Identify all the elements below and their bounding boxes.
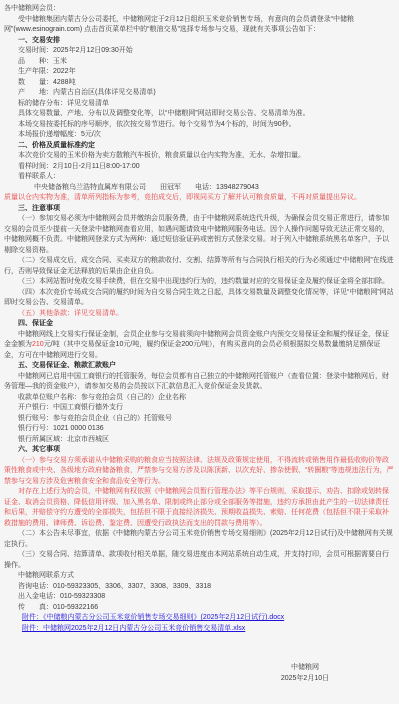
custody-account-paragraph: 中储粮网已启用中国工商银行的托管服务，每位会员都有自己独立的中储粮网托管账户（查… — [4, 372, 394, 393]
violation-penalty-red: 对存在上述行为的会员，中储粮网有权依照《中储粮网会员暂行管理办法》等平台规则，采… — [4, 487, 394, 529]
contact-phone-line: 咨询电话：010-59323305、3306、3307、3308、3309、33… — [4, 582, 394, 593]
bank-account-line: 银行账号：参与竞拍会员企业（自己的）托管账号 — [4, 414, 394, 425]
salutation: 各中储粮网会员： — [4, 4, 394, 15]
contact-title: 中储粮网联系方式 — [4, 571, 394, 582]
sample-contact-label: 看样联系人： — [4, 172, 394, 183]
section-5-heading: 五、交易保证金、粮款汇款账户 — [4, 361, 394, 372]
contact-fund-phone-line: 出入金电话：010-59323308 — [4, 592, 394, 603]
compliance-commitment-red: （一）参与交易方须承诺从中储粮采购的粮食应当按照法律、法规及政策规定使用，不得流… — [4, 456, 394, 488]
sample-contact-line: 中央储备粮乌兰浩特直属库有限公司 田冠军 电话：13948279043 — [4, 183, 394, 194]
attachment-link-rules-docx[interactable]: 附件：《中储粮内蒙古分公司玉米竞价销售专场交易细则》(2025年2月12日试行)… — [4, 613, 394, 624]
section-4-heading: 四、保证金 — [4, 319, 394, 330]
other-rules-paragraph: （二）本公告未尽事宜，依据《中储粮内蒙古分公司玉米竞价销售专场交易细则》(202… — [4, 529, 394, 550]
attachment-link-list-xlsx[interactable]: 附件：中储粮网2025年2月12日内蒙古分公司玉米竞价销售交易清单.xlsx — [4, 624, 394, 635]
deposit-paragraph: 中储粮网线上交易实行保证金制，会员企业参与交易前须向中储粮网会员资金账户内预交交… — [4, 330, 394, 362]
section-1-heading: 一、交易安排 — [4, 36, 394, 47]
signature-block: 中储粮网 2025年2月10日 — [250, 663, 360, 684]
notice-item-4: （四）本次竞价专场成交合同的履约时间为自交易合同生效之日起，具体交易数量及调整变… — [4, 288, 394, 309]
bank-region-line: 银行所属区域：北京市西城区 — [4, 435, 394, 446]
sample-time-line: 看样时间：2月10日-2月11日8:00-17:00 — [4, 162, 394, 173]
announcement-page: { "page": { "background": "#f5f5f5", "te… — [0, 0, 399, 704]
payee-account-name-line: 收款单位账户名称：参与竞拍会员（自己的）企业名称 — [4, 393, 394, 404]
notice-item-5-red: （五）其他条款：详见交易清单。 — [4, 309, 394, 320]
quantity-line: 数 量：4288吨 — [4, 78, 394, 89]
notice-item-2: （二）交易成交后，成交合同、买卖双方的粮款收付、交割、结算等所有与合同执行相关的… — [4, 256, 394, 277]
contact-fax-line: 传 真：010-59322166 — [4, 603, 394, 614]
price-standard-line: 本次竞价交易的玉米价格为卖方散粮汽车板价，粮食质量以仓内实物为准，无水、杂增扣量… — [4, 151, 394, 162]
notice-item-3: （三）本网站暂时免收交易手续费，但在交易中出现违约行为的，违约数量对应的交易保证… — [4, 277, 394, 288]
section-6-heading: 六、其它事项 — [4, 445, 394, 456]
deposit-text-after: 元/吨（其中交易保证金10元/吨，履约保证金200元/吨），有购买意向的会员必须… — [4, 341, 381, 359]
production-year-line: 生产年限：2022年 — [4, 67, 394, 78]
announcement-document: 各中储粮网会员： 受中储粮集团内蒙古分公司委托，中储粮网定于2月12日组织玉米竞… — [4, 4, 394, 684]
bank-number-line: 银行行号：1021 0000 0136 — [4, 424, 394, 435]
signature-org: 中储粮网 — [250, 663, 360, 674]
section-2-heading: 二、价格及质量标准约定 — [4, 141, 394, 152]
quality-note-red: 质量以仓内实物为准，清单所列指标为参考，竞拍成交后，即视同买方了解并认可粮食质量… — [4, 193, 394, 204]
section-3-heading: 三、注意事项 — [4, 204, 394, 215]
trade-time-line: 交易时间：2025年2月12日09:30开始 — [4, 46, 394, 57]
notice-item-1: （一）参加交易必须为中储粮网会员并缴纳会员服务费，由于中储粮网系统迭代升级，为确… — [4, 214, 394, 256]
bid-increment-line: 本场报价递增幅度：5元/次 — [4, 130, 394, 141]
adjustment-notice-line: 具体交易数量、产地、分布以及调整变化等，以“中储粮网”网站即时交易公告、交易清单… — [4, 109, 394, 120]
auto-document-paragraph: （三）交易合同、结算清单、款项收付相关单据，随交易进度由本网站系统自动生成，并支… — [4, 550, 394, 571]
bank-name-line: 开户银行：中国工商银行德外支行 — [4, 403, 394, 414]
deposit-amount-highlight: 210 — [32, 341, 44, 348]
origin-line: 产 地：内蒙古自治区(具体详见交易清单) — [4, 88, 394, 99]
variety-line: 品 种：玉米 — [4, 57, 394, 68]
signature-date: 2025年2月10日 — [250, 674, 360, 685]
intro-paragraph: 受中储粮集团内蒙古分公司委托，中储粮网定于2月12日组织玉米竞价销售专场，有意向… — [4, 15, 394, 36]
session-order-line: 本场交易按委托标的序号顺序，依次按交易节进行。每个交易节为4个标的，时间为90秒… — [4, 120, 394, 131]
storage-distribution-line: 标的储存分布：详见交易清单 — [4, 99, 394, 110]
